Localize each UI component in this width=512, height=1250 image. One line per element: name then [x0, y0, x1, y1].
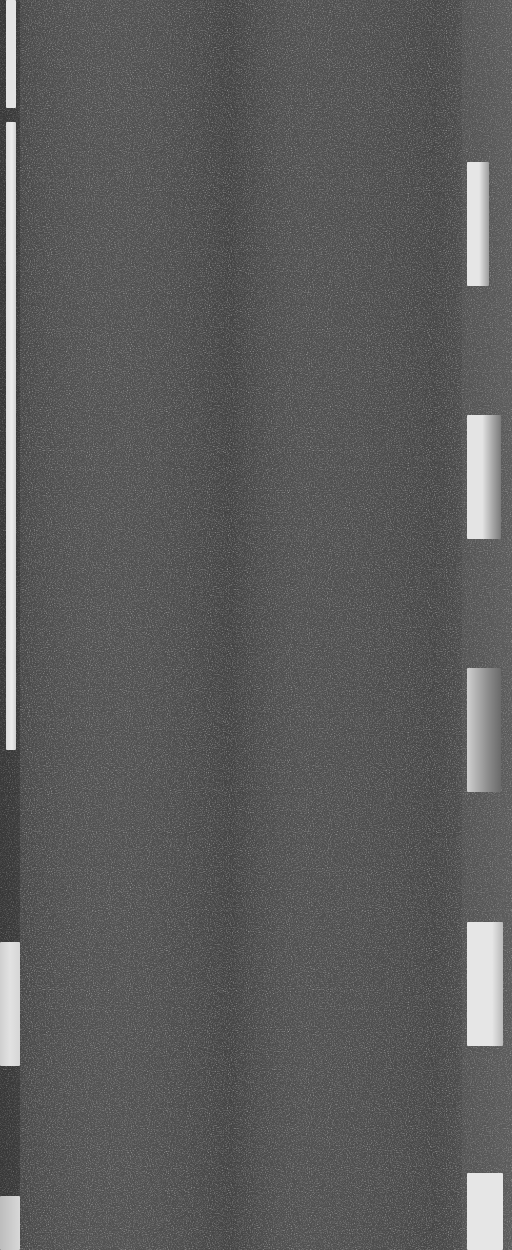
left-edge-line-segment — [6, 122, 16, 750]
left-edge-line-segment — [6, 0, 16, 108]
right-lane-dash — [467, 162, 489, 286]
right-lane-dash — [467, 668, 501, 792]
left-lane-dash — [0, 1196, 20, 1250]
right-lane-dash — [467, 1173, 503, 1250]
right-lane-dash — [467, 922, 503, 1046]
asphalt-surface — [0, 0, 512, 1250]
right-lane-dash — [467, 415, 501, 539]
aerial-road-image — [0, 0, 512, 1250]
left-lane-dash — [0, 942, 20, 1066]
